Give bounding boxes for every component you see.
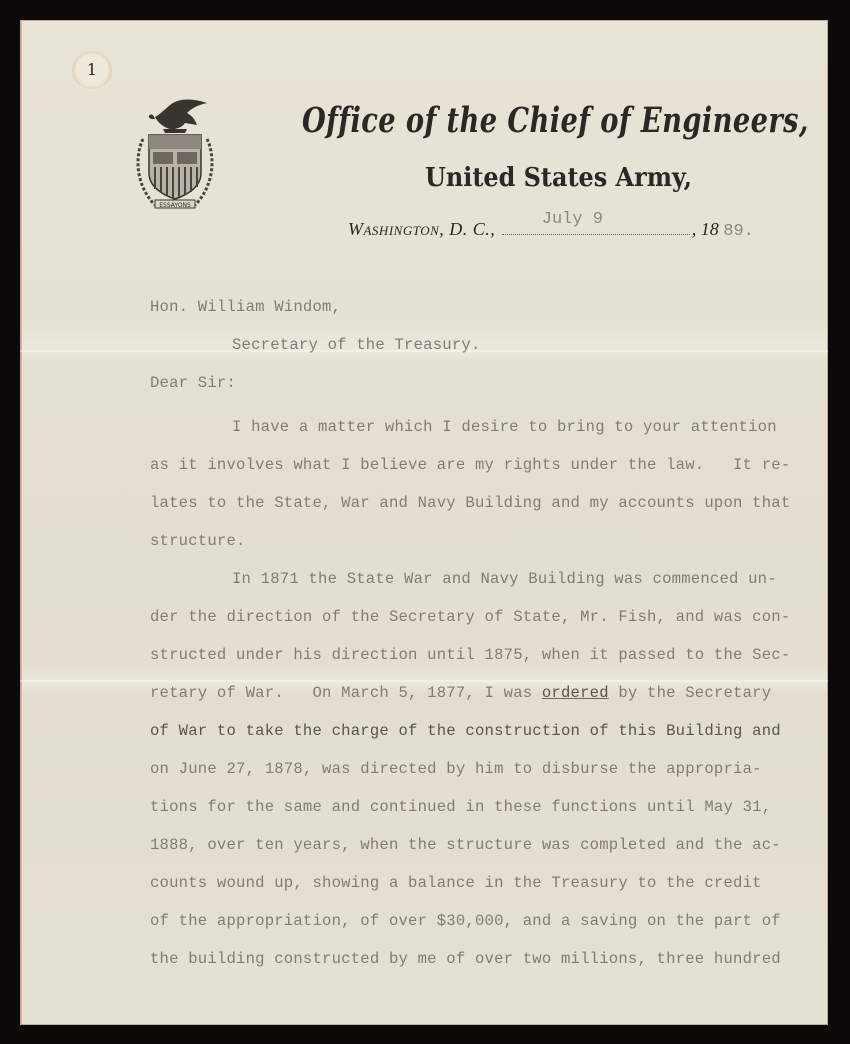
body-line: retary of War. On March 5, 1877, I was o…	[150, 684, 771, 702]
typed-year: 89.	[723, 222, 754, 241]
body-line: tions for the same and continued in thes…	[150, 798, 771, 816]
body-line: structure.	[150, 532, 246, 550]
body-line: In 1871 the State War and Navy Building …	[232, 570, 777, 588]
typed-date: July 9	[542, 210, 603, 229]
body-line: on June 27, 1878, was directed by him to…	[150, 760, 762, 778]
letterhead-title: Office of the Chief of Engineers,	[302, 100, 809, 141]
body-line: der the direction of the Secretary of St…	[150, 608, 790, 626]
letter-page: 1 ESSAYONS Office of the C	[20, 20, 828, 1025]
body-line: counts wound up, showing a balance in th…	[150, 874, 762, 892]
fold-line	[20, 680, 828, 682]
body-line: of the appropriation, of over $30,000, a…	[150, 912, 781, 930]
recipient-name: Hon. William Windom,	[150, 298, 341, 316]
letterhead-subtitle: United States Army,	[425, 163, 692, 193]
underlined-word: ordered	[542, 684, 609, 702]
body-line: I have a matter which I desire to bring …	[232, 418, 777, 436]
dateline-place: Washington, D. C.,	[348, 219, 495, 239]
body-line: lates to the State, War and Navy Buildin…	[150, 494, 790, 512]
body-text-segment: by the Secretary	[609, 684, 771, 702]
eagle-seal-icon: ESSAYONS	[125, 95, 225, 220]
body-line: as it involves what I believe are my rig…	[150, 456, 790, 474]
body-line: structed under his direction until 1875,…	[150, 646, 790, 664]
year-prefix: , 18	[692, 219, 719, 239]
svg-text:ESSAYONS: ESSAYONS	[159, 202, 191, 209]
body-text-segment: retary of War. On March 5, 1877, I was	[150, 684, 542, 702]
dateline: Washington, D. C., July 9 , 18 89.	[348, 216, 754, 241]
date-fill-line: July 9	[502, 216, 690, 235]
recipient-title: Secretary of the Treasury.	[232, 336, 481, 354]
greeting: Dear Sir:	[150, 374, 236, 392]
page-number-stamp: 1	[72, 51, 112, 89]
body-line: 1888, over ten years, when the structure…	[150, 836, 781, 854]
body-line: of War to take the charge of the constru…	[150, 722, 781, 740]
body-line: the building constructed by me of over t…	[150, 950, 781, 968]
